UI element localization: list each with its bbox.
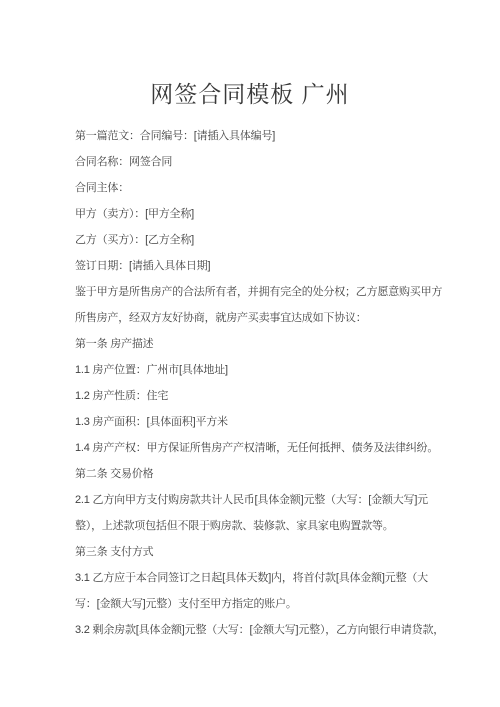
document-line: 1.3 房产面积：[具体面积]平方米 [75,409,440,435]
document-line: 所售房产，经双方友好协商，就房产买卖事宜达成如下协议： [75,305,440,331]
document-page: 网签合同模板 广州 第一篇范文：合同编号：[请插入具体编号] 合同名称：网签合同… [0,0,500,707]
document-line: 整），上述款项包括但不限于购房款、装修款、家具家电购置款等。 [75,513,440,539]
document-line: 合同主体： [75,175,440,201]
document-line: 第一篇范文：合同编号：[请插入具体编号] [75,123,440,149]
document-line: 甲方（卖方）：[甲方全称] [75,201,440,227]
document-body: 第一篇范文：合同编号：[请插入具体编号] 合同名称：网签合同 合同主体： 甲方（… [0,109,500,643]
document-section-heading: 第二条 交易价格 [75,461,440,487]
document-line: 签订日期：[请插入具体日期] [75,253,440,279]
document-line: 1.1 房产位置：广州市[具体地址] [75,357,440,383]
document-line: 写：[金额大写]元整）支付至甲方指定的账户。 [75,591,440,617]
document-line: 1.4 房产产权：甲方保证所售房产产权清晰，无任何抵押、债务及法律纠纷。 [75,435,440,461]
document-section-heading: 第一条 房产描述 [75,331,440,357]
document-line: 乙方（买方）：[乙方全称] [75,227,440,253]
document-line: 3.2 剩余房款[具体金额]元整（大写：[金额大写]元整），乙方向银行申请贷款， [75,617,440,643]
document-line: 3.1 乙方应于本合同签订之日起[具体天数]内，将首付款[具体金额]元整（大 [75,565,440,591]
document-line: 合同名称：网签合同 [75,149,440,175]
document-line: 鉴于甲方是所售房产的合法所有者，并拥有完全的处分权；乙方愿意购买甲方 [75,279,440,305]
document-section-heading: 第三条 支付方式 [75,539,440,565]
document-line: 1.2 房产性质：住宅 [75,383,440,409]
document-line: 2.1 乙方向甲方支付购房款共计人民币[具体金额]元整（大写：[金额大写]元 [75,487,440,513]
document-title: 网签合同模板 广州 [0,0,500,109]
